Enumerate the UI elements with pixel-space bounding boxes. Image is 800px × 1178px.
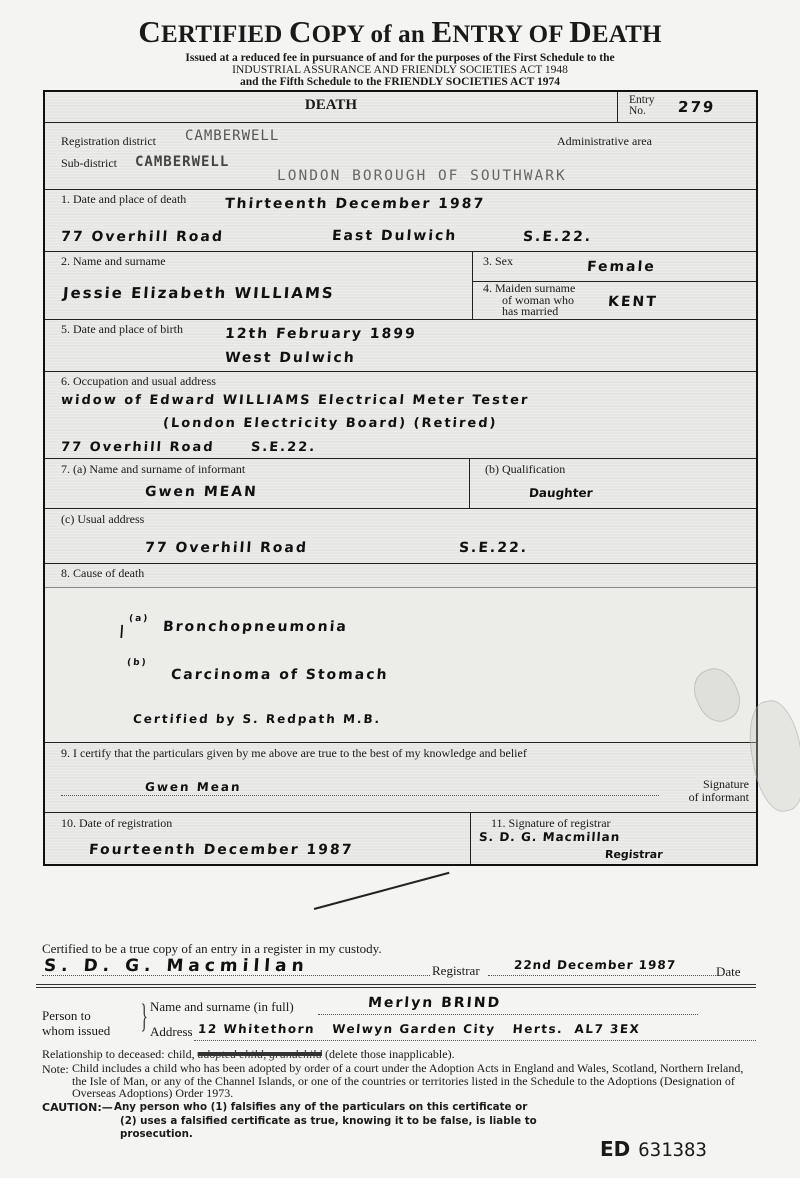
death-date-value: Thirteenth December 1987 <box>224 196 485 212</box>
caution-label: CAUTION:— <box>42 1101 113 1114</box>
sub-district-value: CAMBERWELL <box>135 154 229 170</box>
cause-b-value: Carcinoma of Stomach <box>170 667 389 683</box>
divider <box>45 508 756 509</box>
sub-district-label: Sub-district <box>61 156 117 171</box>
maiden-surname-value: KENT <box>607 294 658 310</box>
certified-by-value: Certified by S. Redpath M.B. <box>133 712 382 726</box>
address-line <box>194 1040 756 1041</box>
registration-district-value: CAMBERWELL <box>185 128 279 144</box>
sex-value: Female <box>586 259 656 275</box>
serial-number: ED 631383 <box>600 1137 707 1161</box>
f4-label: 4. Maiden surname of woman who has marri… <box>483 283 575 318</box>
subtitle-line-2: INDUSTRIAL ASSURANCE AND FRIENDLY SOCIET… <box>0 64 800 77</box>
certification-date-value: 22nd December 1987 <box>514 958 677 972</box>
address-label: Address <box>150 1024 193 1040</box>
birth-place-value: West Dulwich <box>224 350 356 366</box>
divider <box>45 742 756 743</box>
f3-label: 3. Sex <box>483 254 513 269</box>
informant-address-b: S.E.22. <box>458 540 528 556</box>
certifying-registrar-signature: S. D. G. Macmillan <box>43 956 309 976</box>
form-heading: DEATH <box>45 97 617 114</box>
occupation-line-2: (London Electricity Board) (Retired) <box>162 416 498 431</box>
f6-label: 6. Occupation and usual address <box>61 374 216 389</box>
occupation-line-1: widow of Edward WILLIAMS Electrical Mete… <box>60 393 529 408</box>
issued-to-name-value: Merlyn BRIND <box>367 995 501 1011</box>
date-label: Date <box>716 964 741 980</box>
f7c-label: (c) Usual address <box>61 512 144 527</box>
person-issued-label: Person towhom issued <box>42 1008 110 1038</box>
f7a-label: 7. (a) Name and surname of informant <box>61 462 245 477</box>
divider <box>45 563 756 564</box>
f9-label: 9. I certify that the particulars given … <box>61 746 527 761</box>
informant-address-a: 77 Overhill Road <box>144 540 308 556</box>
f1-label: 1. Date and place of death <box>61 192 186 207</box>
note-label: Note: <box>42 1062 69 1077</box>
registration-district-label: Registration district <box>61 134 156 149</box>
f7b-label: (b) Qualification <box>485 462 565 477</box>
f5-label: 5. Date and place of birth <box>61 322 183 337</box>
pen-stroke <box>314 872 450 910</box>
death-place-value-3: S.E.22. <box>522 229 592 245</box>
document-title: CERTIFIED COPY of an ENTRY OF DEATH <box>0 14 800 50</box>
cause-a-value: Bronchopneumonia <box>162 619 348 635</box>
note-text: Child includes a child who has been adop… <box>72 1062 756 1100</box>
name-value: Jessie Elizabeth WILLIAMS <box>62 284 335 302</box>
cause-prefix: I <box>118 622 127 643</box>
name-line <box>318 1014 698 1015</box>
subtitle-line-3: and the Fifth Schedule to the FRIENDLY S… <box>0 76 800 89</box>
entry-no-value: 279 <box>677 98 716 116</box>
brace: } <box>140 998 147 1036</box>
informant-signature-label: Signatureof informant <box>645 778 749 804</box>
divider <box>617 92 618 122</box>
entry-no-label: EntryNo. <box>629 95 655 117</box>
name-label: Name and surname (in full) <box>150 999 294 1015</box>
administrative-area-value: LONDON BOROUGH OF SOUTHWARK <box>277 168 567 184</box>
f11-label: 11. Signature of registrar <box>491 816 611 831</box>
birth-date-value: 12th February 1899 <box>224 326 417 342</box>
registrar-signature: S. D. G. Macmillan <box>479 830 621 844</box>
address-line-a: 77 Overhill Road <box>60 440 215 455</box>
divider <box>36 984 756 985</box>
divider <box>469 458 470 508</box>
signature-line <box>61 795 659 796</box>
relationship-line: Relationship to deceased: child, adopted… <box>42 1047 455 1062</box>
cause-a-marker: (a) <box>129 614 150 624</box>
struck-relationship: adopted child, grandchild <box>198 1047 322 1061</box>
divider <box>45 319 756 320</box>
divider <box>470 812 471 864</box>
death-entry-form: DEATH EntryNo. 279 Registration district… <box>43 90 758 866</box>
divider <box>45 189 756 190</box>
informant-signature: Gwen Mean <box>145 780 242 794</box>
f2-label: 2. Name and surname <box>61 254 166 269</box>
divider <box>45 122 756 123</box>
subtitle-line-1: Issued at a reduced fee in pursuance of … <box>0 52 800 65</box>
f8-label: 8. Cause of death <box>61 566 144 581</box>
registrar-title: Registrar <box>605 848 664 861</box>
divider <box>45 458 756 459</box>
certification-statement: Certified to be a true copy of an entry … <box>42 941 382 957</box>
death-place-value-2: East Dulwich <box>331 228 457 244</box>
date-line <box>488 975 716 976</box>
registrar-label: Registrar <box>432 963 480 979</box>
cause-b-marker: (b) <box>127 658 148 668</box>
administrative-area-label: Administrative area <box>557 134 652 149</box>
caution-text: Any person who (1) falsifies any of the … <box>114 1101 537 1142</box>
address-line-b: S.E.22. <box>250 440 316 455</box>
divider <box>45 251 756 252</box>
divider <box>45 371 756 372</box>
divider <box>45 812 756 813</box>
registration-date-value: Fourteenth December 1987 <box>88 842 354 858</box>
qualification-value: Daughter <box>529 486 594 500</box>
divider <box>36 987 756 988</box>
death-place-value-1: 77 Overhill Road <box>60 229 224 245</box>
issued-to-address-value: 12 Whitethorn Welwyn Garden City Herts. … <box>198 1022 641 1036</box>
f10-label: 10. Date of registration <box>61 816 172 831</box>
informant-name-value: Gwen MEAN <box>144 484 258 500</box>
divider <box>472 251 473 319</box>
